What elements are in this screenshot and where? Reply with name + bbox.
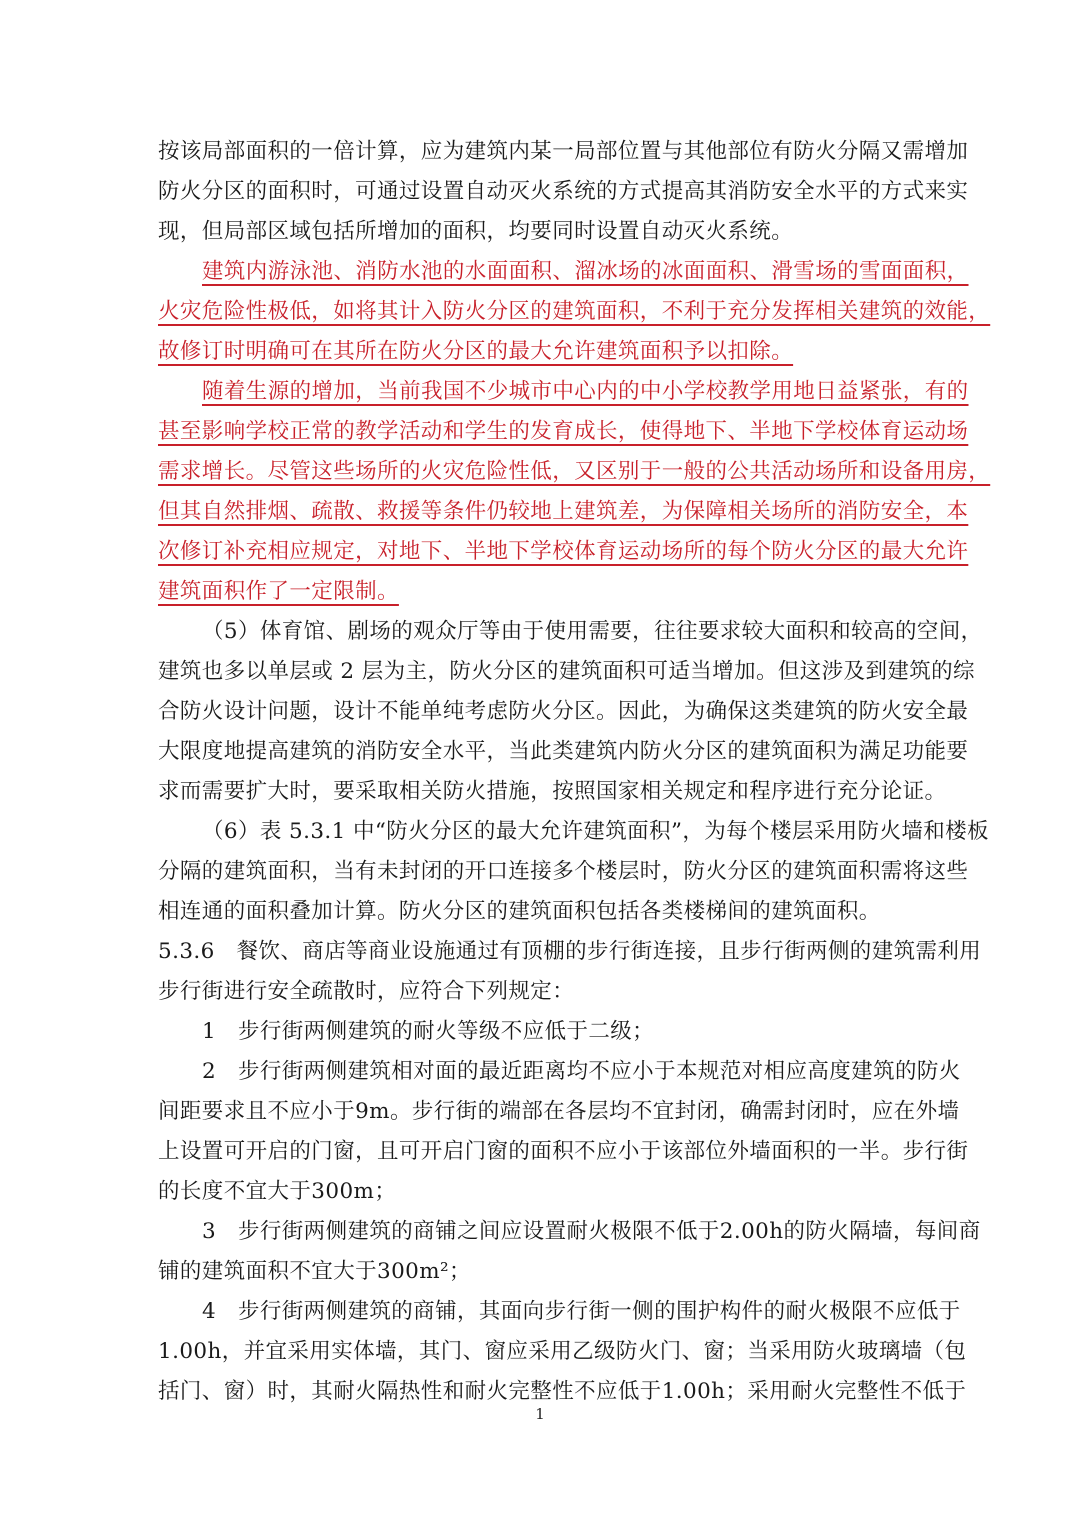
revised-text-line: 建筑内游泳池、消防水池的水面面积、溜冰场的冰面面积、滑雪场的雪面面积， — [202, 252, 948, 292]
text-line: 相连通的面积叠加计算。防火分区的建筑面积包括各类楼梯间的建筑面积。 — [158, 892, 881, 932]
text-line: 步行街进行安全疏散时，应符合下列规定： — [158, 972, 574, 1012]
clause-item-1: 1 步行街两侧建筑的耐火等级不应低于二级； — [202, 1012, 654, 1052]
revised-text-line: 需求增长。尽管这些场所的火灾危险性低，又区别于一般的公共活动场所和设备用房， — [158, 452, 948, 492]
revised-text-line: 随着生源的增加，当前我国不少城市中心内的中小学校教学用地日益紧张，有的 — [202, 372, 948, 412]
revised-text-line: 火灾危险性极低，如将其计入防火分区的建筑面积，不利于充分发挥相关建筑的效能， — [158, 292, 948, 332]
revised-text-line: 甚至影响学校正常的教学活动和学生的发育成长，使得地下、半地下学校体育运动场 — [158, 412, 948, 452]
text-line: 铺的建筑面积不宜大于300m²； — [158, 1252, 471, 1292]
clause-item-4: 4 步行街两侧建筑的商铺，其面向步行街一侧的围护构件的耐火极限不应低于 — [202, 1292, 948, 1332]
text-line: 大限度地提高建筑的消防安全水平，当此类建筑内防火分区的建筑面积为满足功能要 — [158, 732, 948, 772]
revised-text-line: 但其自然排烟、疏散、救援等条件仍较地上建筑差，为保障相关场所的消防安全，本 — [158, 492, 948, 532]
revised-text-line: 故修订时明确可在其所在防火分区的最大允许建筑面积予以扣除。 — [158, 332, 793, 372]
clause-heading-line: 5.3.6 餐饮、商店等商业设施通过有顶棚的步行街连接，且步行街两侧的建筑需利用 — [158, 932, 948, 972]
text-line: 上设置可开启的门窗，且可开启门窗的面积不应小于该部位外墙面积的一半。步行街 — [158, 1132, 948, 1172]
text-line: 合防火设计问题，设计不能单纯考虑防火分区。因此，为确保这类建筑的防火安全最 — [158, 692, 948, 732]
text-line: 现，但局部区域包括所增加的面积，均要同时设置自动灭火系统。 — [158, 212, 793, 252]
text-line: 间距要求且不应小于9m。步行街的端部在各层均不宜封闭，确需封闭时，应在外墙 — [158, 1092, 948, 1132]
page-number: 1 — [0, 1405, 1080, 1423]
revised-text-line: 建筑面积作了一定限制。 — [158, 572, 399, 612]
text-line: 求而需要扩大时，要采取相关防火措施，按照国家相关规定和程序进行充分论证。 — [158, 772, 946, 812]
text-line: （5）体育馆、剧场的观众厅等由于使用需要，往往要求较大面积和较高的空间， — [202, 612, 948, 652]
clause-item-3: 3 步行街两侧建筑的商铺之间应设置耐火极限不低于2.00h的防火隔墙，每间商 — [202, 1212, 948, 1252]
text-line: 分隔的建筑面积，当有未封闭的开口连接多个楼层时，防火分区的建筑面积需将这些 — [158, 852, 948, 892]
text-line: 防火分区的面积时，可通过设置自动灭火系统的方式提高其消防安全水平的方式来实 — [158, 172, 948, 212]
text-line: （6）表 5.3.1 中“防火分区的最大允许建筑面积”，为每个楼层采用防火墙和楼… — [202, 812, 948, 852]
clause-item-2: 2 步行街两侧建筑相对面的最近距离均不应小于本规范对相应高度建筑的防火 — [202, 1052, 948, 1092]
text-line: 1.00h，并宜采用实体墙，其门、窗应采用乙级防火门、窗；当采用防火玻璃墙（包 — [158, 1332, 948, 1372]
text-line: 的长度不宜大于300m； — [158, 1172, 396, 1212]
text-line: 建筑也多以单层或 2 层为主，防火分区的建筑面积可适当增加。但这涉及到建筑的综 — [158, 652, 948, 692]
revised-text-line: 次修订补充相应规定，对地下、半地下学校体育运动场所的每个防火分区的最大允许 — [158, 532, 948, 572]
text-line: 按该局部面积的一倍计算，应为建筑内某一局部位置与其他部位有防火分隔又需增加 — [158, 132, 948, 172]
